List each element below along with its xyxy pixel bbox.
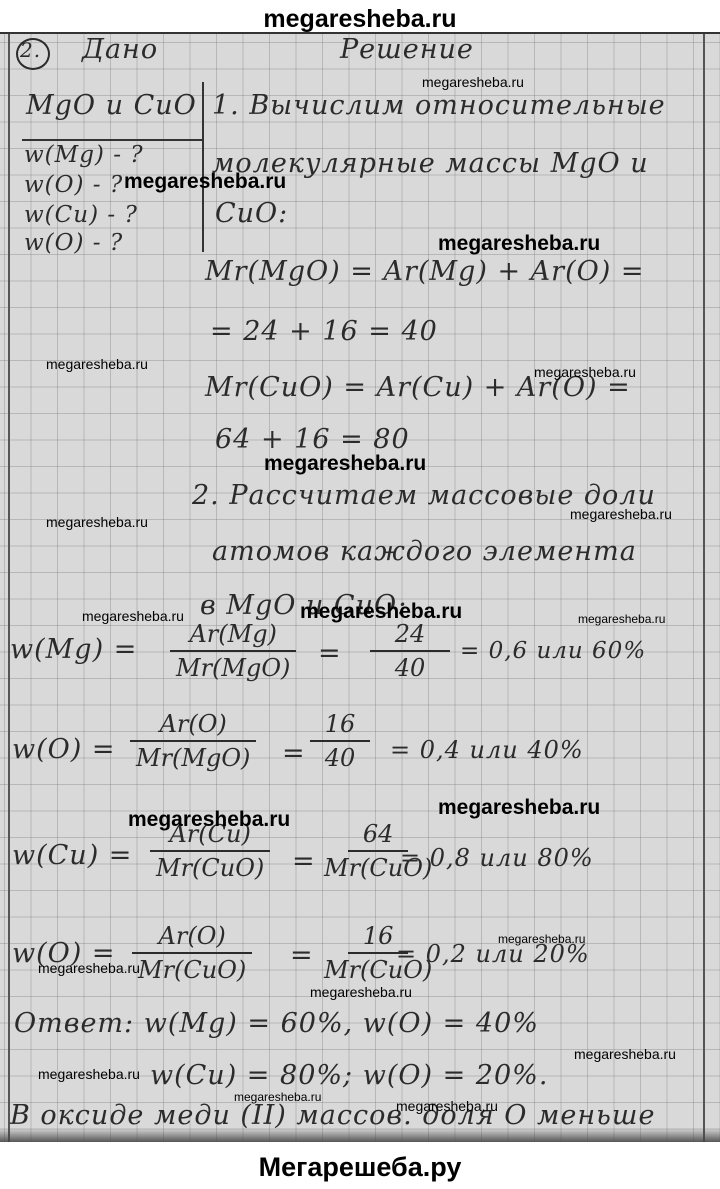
notebook-page: 2. Дано Решение MgO и CuO w(Mg) - ? w(O)…	[0, 32, 720, 1144]
watermark: megaresheba.ru	[438, 796, 600, 820]
w-mg-lhs: w(Mg) =	[10, 634, 137, 665]
task-number: 2.	[20, 38, 41, 62]
unknown-w-mg: w(Mg) - ?	[24, 142, 144, 168]
watermark: megaresheba.ru	[82, 608, 184, 624]
given-substances: MgO и CuO	[26, 90, 197, 121]
answer-line1: Ответ: w(Mg) = 60%, w(O) = 40%	[14, 1008, 539, 1039]
step2-line2: атомов каждого элемента	[212, 536, 637, 567]
left-margin-line	[8, 34, 10, 1144]
answer-line2: w(Cu) = 80%; w(O) = 20%.	[150, 1060, 548, 1091]
mr-cuo-calculation: 64 + 16 = 80	[215, 424, 410, 455]
w-mg-result: = 0,6 или 60%	[460, 638, 646, 664]
w-mg-equals: =	[318, 638, 342, 669]
w-cu-lhs: w(Cu) =	[12, 840, 132, 871]
watermark: megaresheba.ru	[300, 600, 462, 624]
mr-mgo-calculation: = 24 + 16 = 40	[210, 316, 438, 347]
w-o-mgo-fraction: Ar(O)Mr(MgO)	[130, 710, 256, 772]
watermark: megaresheba.ru	[498, 932, 585, 946]
w-cu-equals: =	[292, 846, 316, 877]
watermark: megaresheba.ru	[310, 984, 412, 1000]
given-horizontal-divider	[22, 139, 204, 141]
watermark: megaresheba.ru	[578, 612, 665, 626]
watermark: megaresheba.ru	[574, 1046, 676, 1062]
w-o-cuo-fraction: Ar(O)Mr(CuO)	[132, 922, 252, 984]
watermark: megaresheba.ru	[264, 452, 426, 476]
site-watermark-bottom: Мегарешеба.ру	[0, 1142, 720, 1189]
step1-line3: CuO:	[215, 198, 288, 229]
watermark: megaresheba.ru	[570, 506, 672, 522]
watermark: megaresheba.ru	[234, 1090, 321, 1104]
watermark: megaresheba.ru	[38, 960, 140, 976]
step1-line1: 1. Вычислим относительные	[212, 90, 666, 121]
watermark: megaresheba.ru	[438, 232, 600, 256]
mr-mgo-formula: Mr(MgO) = Ar(Mg) + Ar(O) =	[205, 256, 644, 287]
solution-heading: Решение	[340, 34, 474, 65]
unknown-w-o-1: w(O) - ?	[24, 172, 123, 198]
right-margin-line	[703, 34, 705, 1144]
watermark: megaresheba.ru	[396, 1098, 498, 1114]
w-o-mgo-result: = 0,4 или 40%	[390, 736, 584, 764]
watermark: megaresheba.ru	[46, 514, 148, 530]
w-mg-numeric-fraction: 2440	[370, 620, 450, 682]
w-o-mgo-lhs: w(O) =	[12, 734, 116, 765]
w-o-mgo-equals: =	[282, 738, 306, 769]
watermark: megaresheba.ru	[422, 74, 524, 90]
unknown-w-o-2: w(O) - ?	[24, 230, 123, 256]
w-o-mgo-numeric-fraction: 1640	[310, 710, 370, 772]
given-vertical-divider	[202, 82, 204, 252]
conclusion-line: В оксиде меди (II) массов. доля O меньше	[10, 1100, 655, 1131]
w-o-cuo-equals: =	[290, 940, 314, 971]
watermark: megaresheba.ru	[38, 1066, 140, 1082]
given-heading: Дано	[82, 34, 158, 65]
unknown-w-cu: w(Cu) - ?	[24, 202, 138, 228]
w-cu-result: = 0,8 или 80%	[400, 844, 594, 872]
watermark: megaresheba.ru	[534, 364, 636, 380]
w-mg-fraction: Ar(Mg)Mr(MgO)	[170, 620, 296, 682]
watermark: megaresheba.ru	[46, 356, 148, 372]
watermark: megaresheba.ru	[128, 808, 290, 832]
watermark: megaresheba.ru	[124, 170, 286, 194]
